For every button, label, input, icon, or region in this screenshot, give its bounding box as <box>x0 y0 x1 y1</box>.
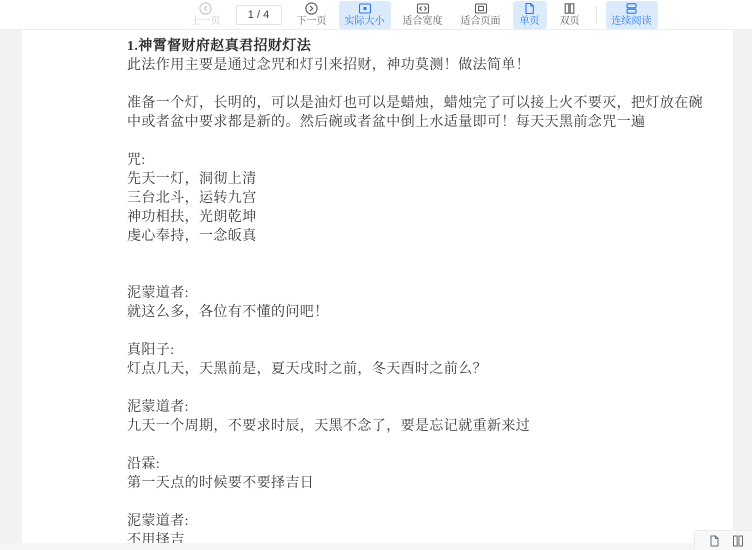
document-blank-line <box>127 436 653 455</box>
fit-page-label: 适合页面 <box>461 16 501 27</box>
next-page-label: 下一页 <box>297 16 327 27</box>
reader-toolbar: 上一页 1 / 4 下一页 实际大小 <box>0 0 752 30</box>
actual-size-icon <box>358 2 372 16</box>
document-blank-line <box>127 493 653 512</box>
single-page-label: 单页 <box>520 16 540 27</box>
document-line: 三台北斗，运转九宫 <box>127 189 653 208</box>
continuous-read-icon <box>625 2 638 16</box>
document-line: 神功相扶，光朗乾坤 <box>127 208 653 227</box>
document-line: 泥蒙道者: <box>127 512 653 531</box>
document-line: 虔心奉持，一念皈真 <box>127 227 653 246</box>
document-blank-line <box>127 132 653 151</box>
next-page-icon <box>305 2 318 16</box>
bottom-strip <box>0 543 752 550</box>
double-page-label: 双页 <box>560 16 580 27</box>
prev-page-icon <box>199 2 212 16</box>
document-line: 泥蒙道者: <box>127 398 653 417</box>
single-page-button[interactable]: 单页 <box>513 1 547 29</box>
actual-size-button[interactable]: 实际大小 <box>339 1 391 29</box>
document-blank-line <box>127 75 653 94</box>
document-blank-line <box>127 265 653 284</box>
mini-single-page-icon[interactable] <box>709 535 720 547</box>
fit-width-label: 适合宽度 <box>403 16 443 27</box>
document-line: 沿霖: <box>127 455 653 474</box>
document-line: 先天一灯，洞彻上清 <box>127 170 653 189</box>
document-blank-line <box>127 322 653 341</box>
document-blank-line <box>127 379 653 398</box>
document-line: 中或者盆中要求都是新的。然后碗或者盆中倒上水适量即可！每天天黑前念咒一遍 <box>127 113 653 132</box>
document-page: 1.神霄督财府赵真君招财灯法此法作用主要是通过念咒和灯引来招财，神功莫测！做法简… <box>22 30 733 543</box>
bottom-corner-widget <box>694 530 752 550</box>
prev-page-button[interactable]: 上一页 <box>185 1 227 29</box>
document-line: 不用择吉 <box>127 531 653 543</box>
document-lines: 1.神霄督财府赵真君招财灯法此法作用主要是通过念咒和灯引来招财，神功莫测！做法简… <box>22 30 733 543</box>
mini-double-page-icon[interactable] <box>732 535 744 547</box>
document-line: 就这么多，各位有不懂的问吧！ <box>127 303 653 322</box>
document-line: 1.神霄督财府赵真君招财灯法 <box>127 37 653 56</box>
document-line: 第一天点的时候要不要择吉日 <box>127 474 653 493</box>
actual-size-label: 实际大小 <box>345 16 385 27</box>
document-line: 咒: <box>127 151 653 170</box>
document-line: 真阳子: <box>127 341 653 360</box>
continuous-read-button[interactable]: 连续阅读 <box>606 1 658 29</box>
double-page-button[interactable]: 双页 <box>553 1 587 29</box>
continuous-read-label: 连续阅读 <box>612 16 652 27</box>
prev-page-label: 上一页 <box>191 16 221 27</box>
document-line: 九天一个周期，不要求时辰，天黑不念了，要是忘记就重新来过 <box>127 417 653 436</box>
document-line: 灯点几天，天黑前是，夏天戌时之前，冬天酉时之前么？ <box>127 360 653 379</box>
page-indicator[interactable]: 1 / 4 <box>236 5 282 25</box>
document-line: 准备一个灯，长明的，可以是油灯也可以是蜡烛，蜡烛完了可以接上火不要灭，把灯放在碗 <box>127 94 653 113</box>
fit-width-button[interactable]: 适合宽度 <box>397 1 449 29</box>
document-line: 此法作用主要是通过念咒和灯引来招财，神功莫测！做法简单！ <box>127 56 653 75</box>
single-page-icon <box>523 2 536 16</box>
toolbar-group: 上一页 1 / 4 下一页 实际大小 <box>182 1 661 29</box>
toolbar-separator <box>596 6 597 24</box>
document-canvas[interactable]: 1.神霄督财府赵真君招财灯法此法作用主要是通过念咒和灯引来招财，神功莫测！做法简… <box>0 30 752 550</box>
document-blank-line <box>127 246 653 265</box>
fit-page-icon <box>474 2 488 16</box>
double-page-icon <box>563 2 576 16</box>
document-line: 泥蒙道者: <box>127 284 653 303</box>
fit-width-icon <box>416 2 430 16</box>
fit-page-button[interactable]: 适合页面 <box>455 1 507 29</box>
next-page-button[interactable]: 下一页 <box>291 1 333 29</box>
